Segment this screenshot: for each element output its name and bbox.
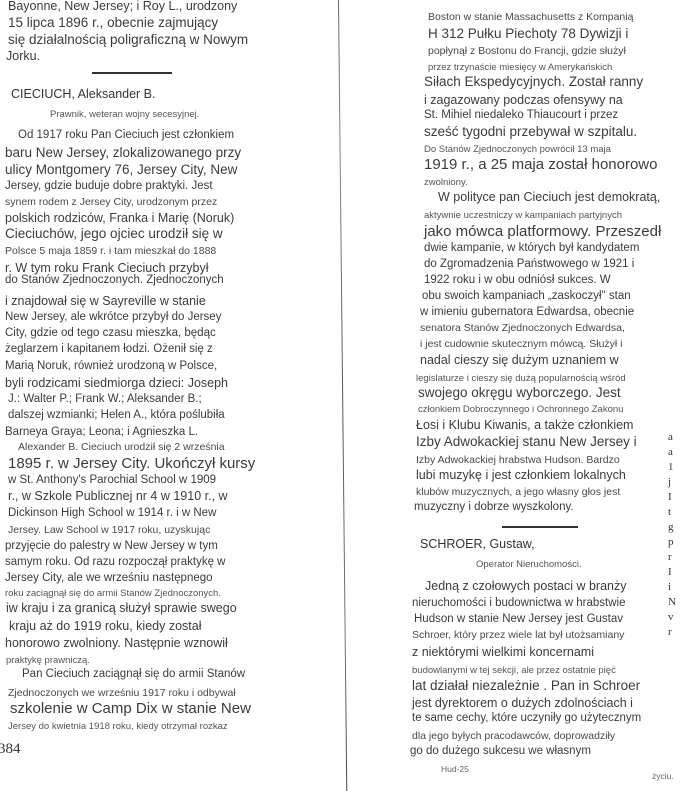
text-line: przyjęcie do palestry w New Jersey w tym xyxy=(5,541,218,553)
text-line: obu swoich kampaniach „zaskoczył" stan xyxy=(422,291,631,303)
text-line: w imieniu gubernatora Edwardsa, obecnie xyxy=(420,307,634,319)
edge-fragment: a xyxy=(668,445,680,460)
text-line: kraju aż do 1919 roku, kiedy został xyxy=(9,620,201,633)
text-line: baru New Jersey, zlokalizowanego przy xyxy=(5,146,241,160)
text-line: W polityce pan Cieciuch jest demokratą, xyxy=(438,191,660,204)
text-line: go do dużego sukcesu we własnym xyxy=(410,746,591,758)
edge-fragment: 1 xyxy=(668,460,680,475)
text-line: roku zaciągnął się do armii Stanów Zjedn… xyxy=(5,589,221,599)
text-line: dwie kampanie, w których był kandydatem xyxy=(424,243,639,255)
last-word: życiu. xyxy=(652,772,674,781)
text-line: Jorku. xyxy=(6,50,40,63)
text-line: do Zgromadzenia Państwowego w 1921 i xyxy=(424,259,634,271)
edge-fragment: v xyxy=(668,610,680,625)
text-line: budowlanymi w tej sekcji, ale przez osta… xyxy=(412,666,616,676)
edge-fragment: I xyxy=(668,490,680,505)
text-line: Łosi i Klubu Kiwanis, a także członkiem xyxy=(416,419,633,432)
text-line: Izby Adwokackiej hrabstwa Hudson. Bardzo xyxy=(416,455,620,466)
text-line: się działalnością poligraficzną w Nowym xyxy=(8,33,248,47)
edge-fragment: N xyxy=(668,595,680,610)
text-line: swojego okręgu wyborczego. Jest xyxy=(418,386,621,400)
text-line: Izby Adwokackiej stanu New Jersey i xyxy=(416,435,637,449)
section-divider xyxy=(502,526,578,528)
entry-heading: CIECIUCH, Aleksander B. xyxy=(11,88,156,101)
text-line: popłynął z Bostonu do Francji, gdzie słu… xyxy=(428,46,626,57)
text-line: synem rodem z Jersey City, urodzonym prz… xyxy=(5,197,217,208)
text-line: City, gdzie od tego czasu mieszka, będąc xyxy=(5,328,216,340)
text-line: Siłach Ekspedycyjnych. Został ranny xyxy=(424,75,643,89)
text-line: 15 lipca 1896 r., obecnie zajmujący xyxy=(8,16,218,30)
text-line: iw kraju i za granicą służył sprawie swe… xyxy=(6,602,237,615)
edge-fragment: i xyxy=(668,580,680,595)
text-line: Cieciuchów, jego ojciec urodził się w xyxy=(5,227,223,241)
text-line: aktywnie uczestniczy w kampaniach partyj… xyxy=(424,211,622,221)
text-line: w St. Anthony's Parochial School w 1909 xyxy=(8,475,216,487)
text-line: klubów muzycznych, a jego własny głos je… xyxy=(416,487,620,498)
entry-subtitle: Operator Nieruchomości. xyxy=(476,560,582,570)
text-line: Jedną z czołowych postaci w branży xyxy=(425,580,626,593)
text-line: 1922 roku i w obu odniósł sukces. W xyxy=(424,275,611,287)
facing-page-edge-fragments: a a 1 j I t g p r I i N v r xyxy=(668,430,680,770)
edge-fragment: g xyxy=(668,520,680,535)
edge-fragment: I xyxy=(668,565,680,580)
text-line: samym roku. Od razu rozpoczął praktykę w xyxy=(5,557,226,569)
page-number: 384 xyxy=(0,742,21,757)
text-line: do Stanów Zjednoczonych. Zjednoczonych xyxy=(5,275,224,287)
footer-mark: Hud-25 xyxy=(441,765,469,774)
text-line: Jersey do kwietnia 1918 roku, kiedy otrz… xyxy=(8,722,228,732)
edge-fragment: p xyxy=(668,535,680,550)
text-line: Zjednoczonych we wrześniu 1917 roku i od… xyxy=(8,688,236,699)
text-line: Jersey. Law School w 1917 roku, uzyskują… xyxy=(8,525,210,536)
text-line: szkolenie w Camp Dix w stanie New xyxy=(10,701,251,716)
text-line: z niektórymi wielkimi koncernami xyxy=(412,646,594,659)
text-line: Boston w stanie Massachusetts z Kompanią xyxy=(428,12,633,23)
entry-heading: SCHROER, Gustaw, xyxy=(420,538,535,551)
edge-fragment: r xyxy=(668,625,680,640)
text-line: przez trzynaście miesięcy w Amerykańskic… xyxy=(428,63,612,73)
text-line: Dickinson High School w 1914 r. i w New xyxy=(8,508,216,520)
text-line: Jersey, gdzie buduje dobre praktyki. Jes… xyxy=(5,181,213,193)
edge-fragment: a xyxy=(668,430,680,445)
text-line: członkiem Dobroczynnego i Ochronnego Zak… xyxy=(418,405,623,415)
text-line: 1919 r., a 25 maja został honorowo xyxy=(424,157,657,172)
edge-fragment: r xyxy=(668,550,680,565)
text-line: Schroer, który przez wiele lat był utożs… xyxy=(412,630,624,641)
text-line: r., w Szkole Publicznej nr 4 w 1910 r., … xyxy=(8,490,228,503)
text-line: Pan Cieciuch zaciągnął się do armii Stan… xyxy=(22,669,245,681)
text-line: Hudson w stanie New Jersey jest Gustav xyxy=(414,614,623,626)
text-line: H 312 Pułku Piechoty 78 Dywizji i xyxy=(428,27,628,41)
text-line: New Jersey, ale wkrótce przybył do Jerse… xyxy=(5,312,221,324)
text-line: 1895 r. w Jersey City. Ukończył kursy xyxy=(8,456,255,471)
text-line: muzyczny i dobrze wyszkolony. xyxy=(414,502,574,514)
text-line: J.: Walter P.; Frank W.; Aleksander B.; xyxy=(8,394,202,406)
text-line: byli rodzicami siedmiorga dzieci: Joseph xyxy=(5,377,228,390)
text-line: ulicy Montgomery 76, Jersey City, New xyxy=(5,163,237,177)
text-line: jako mówca platformowy. Przeszedł xyxy=(424,224,661,239)
text-line: lubi muzykę i jest członkiem lokalnych xyxy=(416,469,626,482)
text-line: honorowo zwolniony. Następnie wznowił xyxy=(5,637,228,650)
entry-subtitle: Prawnik, weteran wojny secesyjnej. xyxy=(50,110,199,120)
text-line: polskich rodziców, Franka i Marię (Noruk… xyxy=(5,212,234,225)
text-line: te same cechy, które uczyniły go użytecz… xyxy=(412,713,641,725)
text-line: nadal cieszy się dużym uznaniem w xyxy=(420,354,619,367)
text-line: Alexander B. Cieciuch urodził się 2 wrze… xyxy=(18,442,225,453)
text-line: Do Stanów Zjednoczonych powrócił 13 maja xyxy=(424,145,611,155)
text-line: jest dyrektorem o dużych zdolnościach i xyxy=(412,697,633,710)
edge-fragment: j xyxy=(668,475,680,490)
text-line: lat działał niezależnie . Pan in Schroer xyxy=(412,679,640,693)
text-line: St. Mihiel niedaleko Thiaucourt i przez xyxy=(424,110,618,122)
text-line: i zagazowany podczas ofensywy na xyxy=(424,94,623,107)
text-line: zwolniony. xyxy=(424,178,468,188)
left-page: Bayonne, New Jersey; i Roy L., urodzony … xyxy=(0,0,285,791)
text-line: i jest cudownie skutecznym mówcą. Służył… xyxy=(420,339,623,350)
right-page: Boston w stanie Massachusetts z Kompanią… xyxy=(330,0,680,791)
section-divider xyxy=(92,72,172,74)
text-line: legislaturze i cieszy się dużą popularno… xyxy=(416,374,626,384)
text-line: i znajdował się w Sayreville w stanie xyxy=(5,295,206,308)
text-line: sześć tygodni przebywał w szpitalu. xyxy=(424,125,637,139)
text-line: Jersey City, ale we wrześniu następnego xyxy=(5,573,213,585)
text-line: dla jego byłych pracodawców, doprowadził… xyxy=(412,731,615,742)
text-line: praktykę prawniczą. xyxy=(6,656,90,666)
text-line: żeglarzem i kapitanem łodzi. Ożenił się … xyxy=(5,344,213,356)
text-line: Barneya Graya; Leona; i Agnieszka L. xyxy=(5,427,198,439)
text-line: Od 1917 roku Pan Cieciuch jest członkiem xyxy=(18,130,234,142)
text-line: Polsce 5 maja 1859 r. i tam mieszkał do … xyxy=(5,246,216,257)
text-line: nieruchomości i budownictwa w hrabstwie xyxy=(412,598,626,610)
text-line: r. W tym roku Frank Cieciuch przybył xyxy=(5,262,209,275)
text-line: senatora Stanów Zjednoczonych Edwardsa, xyxy=(420,323,625,334)
text-line: Marią Noruk, również urodzoną w Polsce, xyxy=(5,361,217,373)
edge-fragment: t xyxy=(668,505,680,520)
text-line: dalszej wzmianki; Helen A., która poślub… xyxy=(8,410,225,422)
text-line: Bayonne, New Jersey; i Roy L., urodzony xyxy=(8,0,237,13)
